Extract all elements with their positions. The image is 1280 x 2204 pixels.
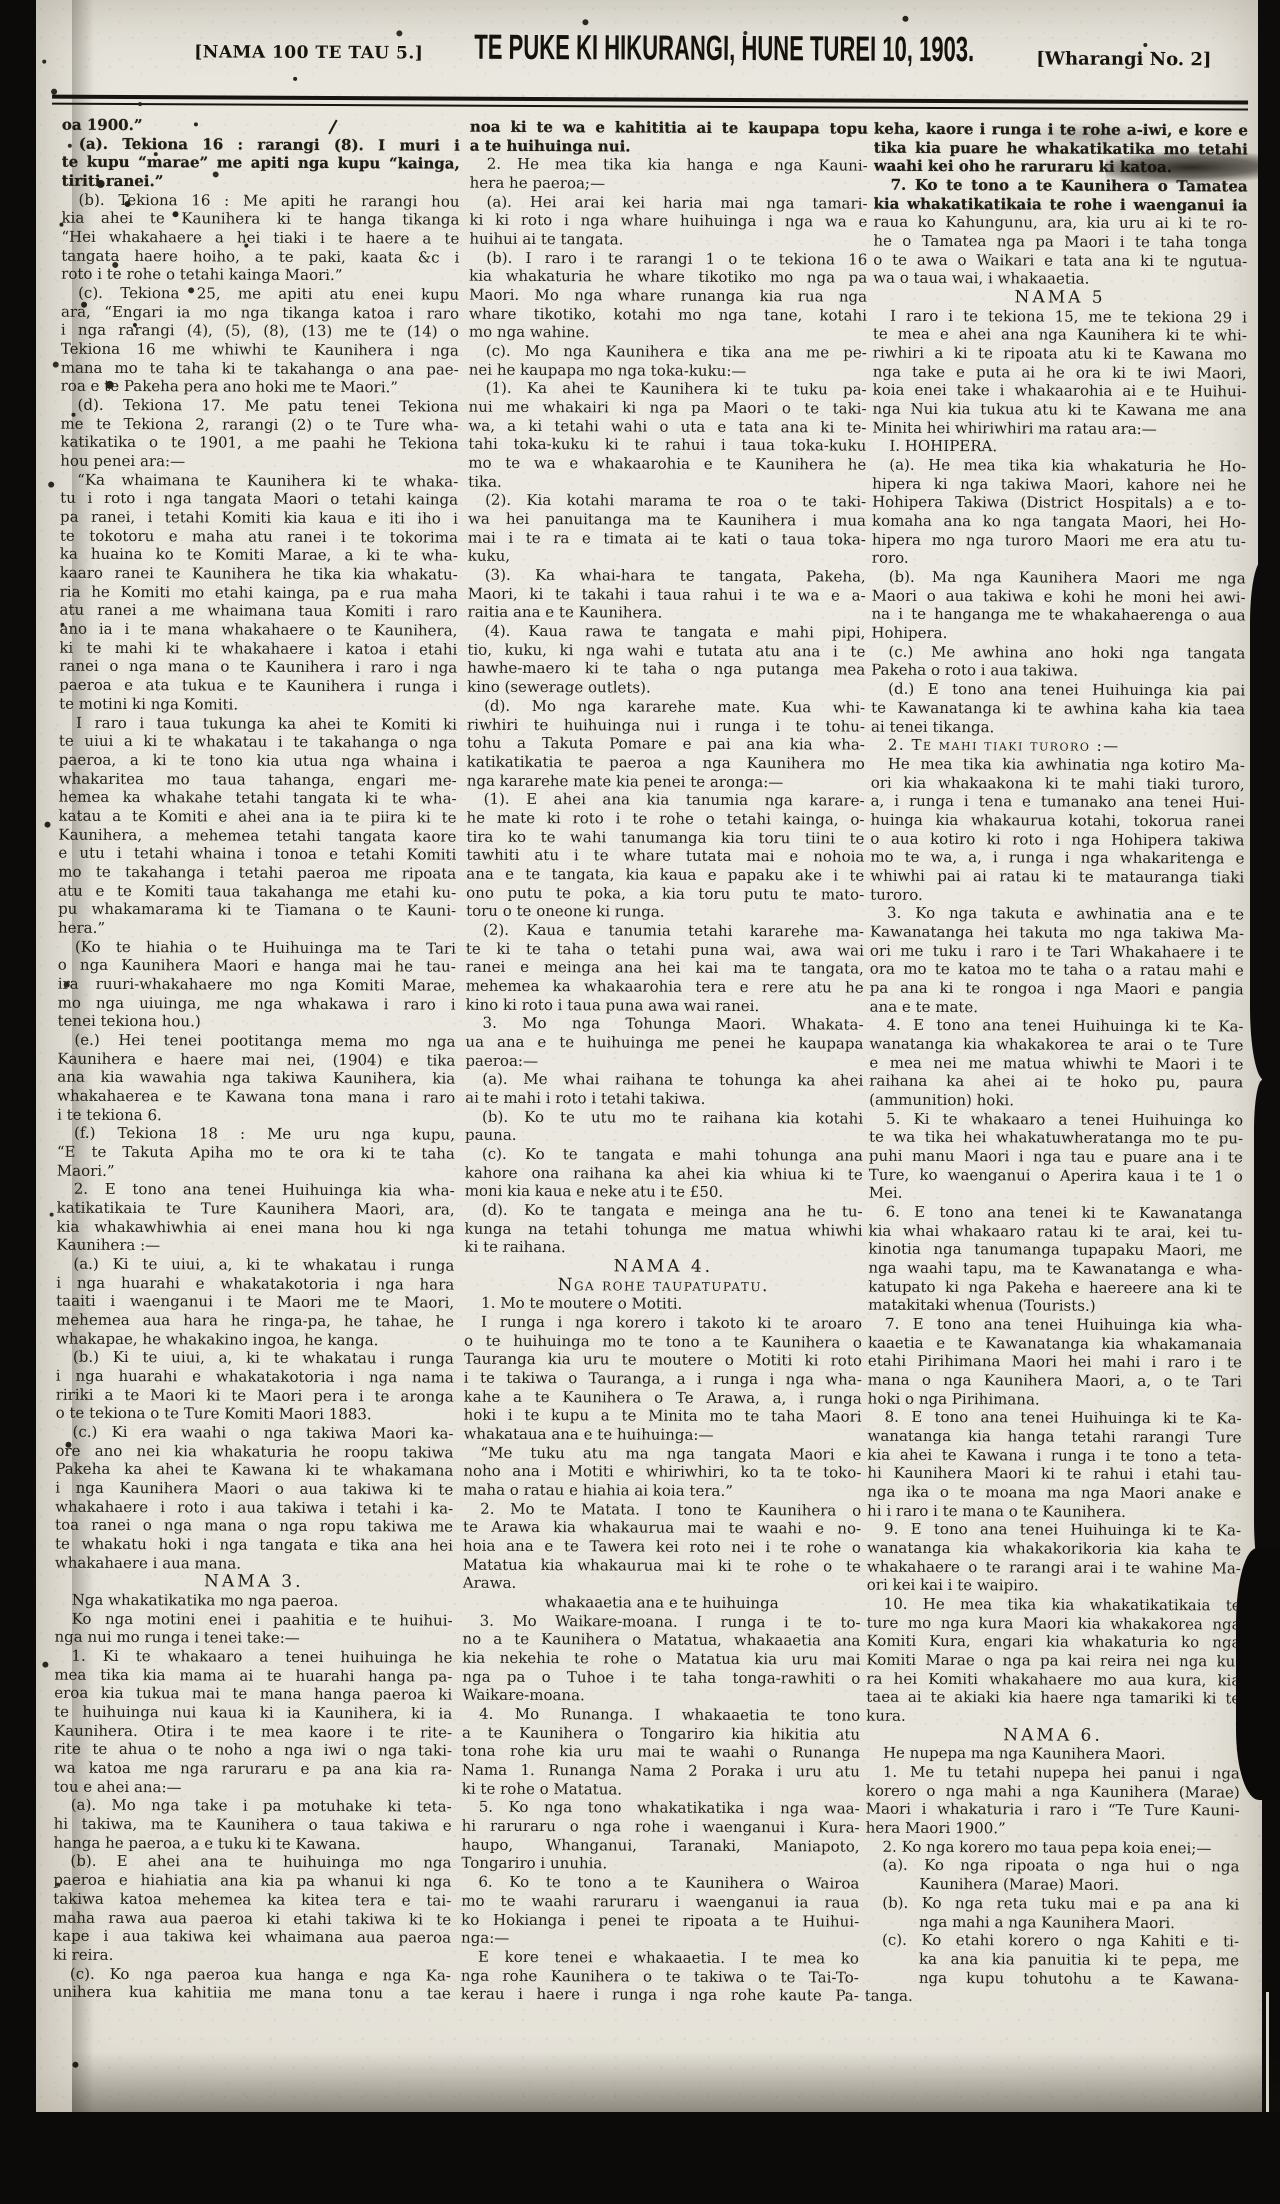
- text-line: hawhe-maero ki te taha o nga putanga mea: [467, 659, 865, 680]
- text-line: wanatanga kia hanga tetahi rarangi Ture: [867, 1427, 1241, 1447]
- text-line: tu i roto i nga tangata Maori o tetahi k…: [60, 489, 458, 510]
- text-line: hoki i te kupu a te Minita mo te taha Ma…: [464, 1406, 862, 1427]
- text-line: katikatika o te 1901, a me paahi he Teki…: [60, 433, 458, 454]
- text-line: 3. Mo nga Tohunga Maori. Whakata-: [465, 1014, 863, 1035]
- text-line: hera Maori 1900.”: [866, 1819, 1240, 1839]
- text-line: roro.: [872, 549, 1246, 569]
- text-line: Kaunihera :—: [56, 1236, 454, 1257]
- text-line: whakahaerea e te Kawana tona mana i raro: [57, 1087, 455, 1108]
- text-line: Tongariro i unuhia.: [461, 1854, 859, 1875]
- text-line: paeroa, a ki te tono kia utua nga whaina…: [59, 751, 457, 772]
- text-line: whakahaere o te rarangi arai i te wahine…: [867, 1557, 1241, 1577]
- text-line: 2. Mo te Matata. I tono te Kaunihera o: [463, 1499, 861, 1520]
- text-line: e utu i tetahi whaina i tonoa e tetahi K…: [58, 844, 456, 865]
- text-line: E kore tenei e whakaaetia. I te mea ko: [461, 1948, 859, 1969]
- text-line: ki reira.: [53, 1946, 451, 1967]
- text-line: hipera mo nga turoro Maori me era atu tu…: [872, 530, 1246, 550]
- text-line: tira ko te wahi tanumanga kia toru tiini…: [466, 827, 864, 848]
- text-line: 2. E tono ana tenei Huihuinga kia wha-: [57, 1180, 455, 1201]
- text-line: (b). I raro i te rarangi 1 o te tekiona …: [469, 248, 867, 269]
- text-line: ko Hokianga i penei te ripoata a te Huih…: [461, 1910, 859, 1931]
- text-line: kura.: [866, 1707, 1240, 1727]
- text-line: nga nui mo runga i tenei take:—: [54, 1628, 452, 1649]
- text-line: rite te ahua o te noho a nga iwi o nga t…: [54, 1740, 452, 1761]
- text-line: paeroa e ata tukua e te Kaunihera i rung…: [59, 676, 457, 697]
- text-line: (c). Ko te tangata e mahi tohunga ana: [465, 1145, 863, 1166]
- text-line: mana o nga Kaunihera Maori, a, o te Tari: [868, 1371, 1242, 1391]
- text-line: ore ano nei kia whakaturia he roopu taki…: [55, 1441, 453, 1462]
- text-line: Ko nga motini enei i paahitia e te huihu…: [55, 1609, 453, 1630]
- text-line: hera.”: [58, 919, 456, 940]
- text-line: Mei.: [869, 1184, 1243, 1204]
- text-line: no a te Kaunihera o Matatua, whakaaetia …: [462, 1630, 860, 1651]
- text-line: korero o nga mahi a nga Kaunihera (Marae…: [866, 1781, 1240, 1801]
- text-line: mehemea aua hara he ringa-pa, he tahae, …: [56, 1311, 454, 1332]
- text-line: ana e te tangata, kia kaua e papaku ake …: [466, 865, 864, 886]
- text-line: wanatanga kia whakakorikoria kia kaha te: [867, 1539, 1241, 1559]
- text-line: a, i runga i tena e tumanako ana tenei H…: [871, 792, 1245, 812]
- text-line: o nga Kaunihera Maori e hanga mai he tau…: [58, 956, 456, 977]
- text-line: moni kia kaua e neke atu i te £50.: [465, 1182, 863, 1203]
- text-line: mo te waahi raruraru i waenganui ia raua: [461, 1891, 859, 1912]
- text-line: katupato ki nga Pakeha e haereere ana ki…: [868, 1277, 1242, 1297]
- text-line: Nga rohe taupatupatu.: [464, 1275, 862, 1296]
- text-line: o te awa o Waikari e tata ana ki te ngut…: [873, 250, 1247, 270]
- text-line: i nga Kaunihera Maori o aua takiwa ki te: [55, 1479, 453, 1500]
- text-line: (f.) Tekiona 18 : Me uru nga kupu,: [57, 1124, 455, 1145]
- text-line: nga rohe Kaunihera o te takiwa o te Tai-…: [461, 1966, 859, 1987]
- text-line: kia whai whakaaro ratau ki te arai, kei …: [868, 1221, 1242, 1241]
- text-line: nga Nui kia tukua atu ki te Kawana me an…: [873, 400, 1247, 420]
- text-line: wa hei panuitanga ma te Kaunihera i mua: [468, 510, 866, 531]
- text-line: eroa kia tukua mai te mana hanga paeroa …: [54, 1684, 452, 1705]
- text-line: kia whakaturia he whare tikotiko mo nga …: [469, 267, 867, 288]
- text-line: He nupepa ma nga Kaunihera Maori.: [866, 1744, 1240, 1764]
- text-line: roa e te Pakeha pera ano hoki me te Maor…: [61, 377, 459, 398]
- masthead-issue-number: [NAMA 100 TE TAU 5.]: [194, 42, 423, 64]
- text-line: ori me tuku i raro i te Tari Whakahaere …: [870, 941, 1244, 961]
- text-line: Tekiona 16 me whiwhi te Kaunihera i nga: [61, 340, 459, 361]
- text-line: 1. Ki te whakaaro a tenei huihuinga he: [54, 1647, 452, 1668]
- text-line: mo te takahanga i tetahi paeroa me ripoa…: [58, 863, 456, 884]
- text-line: Kaunihera. Otira i te mea kaore i te rit…: [54, 1721, 452, 1742]
- text-line: (b). Ko te utu mo te raihana kia kotahi: [465, 1107, 863, 1128]
- text-line: tenei tekiona hou.): [58, 1012, 456, 1033]
- text-line: I runga i nga korero i takoto ki te aroa…: [464, 1313, 862, 1334]
- text-line: 8. E tono ana tenei Huihuinga ki te Ka-: [868, 1408, 1242, 1428]
- text-line: te mea e ahei ana nga Kaunihera ki te wh…: [873, 325, 1247, 345]
- text-line: wa katoa me nga raruraru e pa ana kia ra…: [54, 1759, 452, 1780]
- text-line: ranei o nga mana o te Kaunihera i raro i…: [59, 657, 457, 678]
- text-line: ra hei Komiti whakahaere mo aua kura, ki…: [866, 1669, 1240, 1689]
- text-line: paeroa:—: [465, 1051, 863, 1072]
- text-line: Maori, ki te takahi i taua rahui i te wa…: [468, 584, 866, 605]
- text-line: ira ruuri-whakahaere mo nga Komiti Marae…: [58, 975, 456, 996]
- text-line: (a). Mo nga take i pa motuhake ki teta-: [54, 1796, 452, 1817]
- text-line: nui me whakairi ki nga pa Maori o te tak…: [469, 398, 867, 419]
- text-line: i te takiwa o Tauranga, a i runga i nga …: [464, 1369, 862, 1390]
- text-line: huinga kia whakaurua kotahi, tokorua ran…: [870, 811, 1244, 831]
- text-line: tanga.: [865, 1987, 1239, 2007]
- text-line: kia nekehia te rohe o Matatua kia uru ma…: [462, 1649, 860, 1670]
- text-line: ori kei kai i te waipiro.: [867, 1576, 1241, 1596]
- masthead-title-text: TE PUKE KI HIKURANGI, HUNE TUREI 10, 190…: [474, 30, 974, 67]
- text-line: Kaunihera (Marae) Maori.: [865, 1875, 1239, 1895]
- text-line: ture mo nga kura Maori kia whakakorea ng…: [867, 1613, 1241, 1633]
- text-line: te uiui a ki te whakatau i te takahanga …: [59, 732, 457, 753]
- text-line: (c). Ko nga paeroa kua hanga e nga Ka-: [53, 1964, 451, 1985]
- text-line: te ki te taha o tetahi puna wai, awa wai: [466, 939, 864, 960]
- text-line: Maori. Mo nga whare runanga kia rua nga: [469, 286, 867, 307]
- text-line: tona rohe kia uru mai te waahi o Runanga: [462, 1742, 860, 1763]
- column-2: noa ki te wa e kahititia ai te kaupapa t…: [461, 118, 868, 2006]
- text-line: ua ana e te huihuinga me penei he kaupap…: [465, 1033, 863, 1054]
- text-line: wanatanga kia whakakorea te arai o te Tu…: [869, 1035, 1243, 1055]
- text-line: tawhiti atu i te whare tutata mai e noho…: [466, 846, 864, 867]
- text-line: riwhiri a ki te ripoata atu ki te Kawana…: [873, 344, 1247, 364]
- text-line: (a). Hei arai kei haria mai nga tamari-: [470, 192, 868, 213]
- text-line: (2). Kaua e tanumia tetahi kararehe ma-: [466, 921, 864, 942]
- text-line: whakahaere i roto i aua takiwa i tetahi …: [55, 1497, 453, 1518]
- text-line: te whakatu hoki i nga tangata e tika ana…: [55, 1535, 453, 1556]
- text-line: ano ia i te mana whakahaere o te Kaunihe…: [59, 620, 457, 641]
- text-line: taea ai te akiaki kia haere nga tamariki…: [866, 1688, 1240, 1708]
- text-line: te Kawanatanga ki te awhina kaha kia tae…: [871, 698, 1245, 718]
- text-line: 2. Te mahi tiaki turoro :—: [871, 736, 1245, 756]
- text-line: te tokotoru e maha atu ranei i te tokori…: [60, 526, 458, 547]
- text-line: (a). Ko nga ripoata o nga hui o nga: [865, 1856, 1239, 1876]
- text-line: “E te Takuta Apiha mo te ora ki te taha: [57, 1143, 455, 1164]
- text-line: whare tikotiko, kotahi mo nga tane, kota…: [469, 304, 867, 325]
- text-line: (Ko te hiahia o te Huihuinga ma te Tari: [58, 937, 456, 958]
- text-line: (b). Tekiona 16 : Me apiti he rarangi ho…: [62, 190, 460, 211]
- text-line: (1). Ka ahei te Kaunihera ki te tuku pa-: [469, 379, 867, 400]
- text-line: whakataua ana e te huihuinga:—: [463, 1425, 861, 1446]
- text-line: ora mo te katoa mo te taha o a ratau mah…: [870, 960, 1244, 980]
- text-line: atu e te Komiti taua takahanga me etahi …: [58, 881, 456, 902]
- text-line: whakaaetia ana e te huihuinga: [463, 1593, 861, 1614]
- text-line: Nga whakatikatika mo nga paeroa.: [55, 1591, 453, 1612]
- text-line: Matatua kia whakaurua mai ki te rohe o t…: [463, 1555, 861, 1576]
- text-line: (2). Kia kotahi marama te roa o te taki-: [468, 491, 866, 512]
- text-line: kia ahei te Kawana i runga i te tono a t…: [867, 1445, 1241, 1465]
- text-line: I raro i te tekiona 15, me te tekiona 29…: [873, 306, 1247, 326]
- text-line: “Me tuku atu ma nga tangata Maori e: [463, 1443, 861, 1464]
- text-line: ana e te mate.: [870, 997, 1244, 1017]
- text-line: Minita hei whiriwhiri ma ratau ara:—: [872, 418, 1246, 438]
- masthead-rule-thin: [52, 103, 1248, 111]
- text-line: “Ka whaimana te Kaunihera ki te whaka-: [60, 470, 458, 491]
- text-line: raua ko Kahungunu, ara, kia uru ai ki te…: [873, 213, 1247, 233]
- text-line: he mate ki roto i te rohe o tetahi kaing…: [466, 809, 864, 830]
- text-line: mana mo te taha ki te takahanga o ana pa…: [61, 358, 459, 379]
- text-line: Ture, ko waenganui o Aperira kaua i te 1…: [869, 1165, 1243, 1185]
- text-line: 6. Ko te tono a te Kaunihera o Wairoa: [461, 1873, 859, 1894]
- text-line: katikatikatia te paeroa a nga Kaunihera …: [467, 753, 865, 774]
- text-line: whakaritea mo taua tahanga, engari me-: [59, 769, 457, 790]
- text-line: kino (sewerage outlets).: [467, 678, 865, 699]
- text-line: (3). Ka whai-hara te tangata, Pakeha,: [468, 566, 866, 587]
- text-line: ki ki roto i nga whare huihuinga i nga w…: [469, 211, 867, 232]
- text-line: tou e ahei ana:—: [54, 1777, 452, 1798]
- text-line: o te huihuinga mo te tono a te Kaunihera…: [464, 1331, 862, 1352]
- text-line: a te huihuinga nui.: [470, 136, 868, 157]
- text-line: a te Kaunihera o Tongariro kia hikitia a…: [462, 1723, 860, 1744]
- text-line: Maori.”: [57, 1161, 455, 1182]
- text-line: pu whakamarama ki te Tiamana o te Kauni-: [58, 900, 456, 921]
- scanned-newspaper-page: [NAMA 100 TE TAU 5.] TE PUKE KI HIKURANG…: [0, 0, 1280, 2204]
- text-line: 9. E tono ana tenei Huihuinga ki te Ka-: [867, 1520, 1241, 1540]
- text-line: hi Kaunihera Maori ki te rahui i etahi t…: [867, 1464, 1241, 1484]
- text-line: Hohipera.: [871, 624, 1245, 644]
- bottom-edge-shadow: [72, 2052, 1280, 2112]
- text-line: hera he paeroa;—: [470, 174, 868, 195]
- text-line: kerau i haere i runga i nga rohe kaute P…: [461, 1985, 859, 2006]
- text-line: huihui ai te tangata.: [469, 230, 867, 251]
- text-line: hemea ka whakahe tetahi tangata ki te wh…: [59, 788, 457, 809]
- text-line: toa ranei o nga mana o nga ropu takiwa m…: [55, 1516, 453, 1537]
- text-line: kape i aua takiwa kei whaimana aua paero…: [53, 1927, 451, 1948]
- text-line: ririki a te Maori ki te Maori pera i te …: [56, 1385, 454, 1406]
- ink-smudge-icon: [1106, 150, 1280, 184]
- scan-edge-artifact: [1258, 0, 1280, 580]
- text-line: ka ana kia panuitia ki te pepa, me: [865, 1949, 1239, 1969]
- text-line: (c). Mo nga Kaunihera e tika ana me pe-: [469, 342, 867, 363]
- text-line: (1). E ahei ana kia tanumia nga karare-: [467, 790, 865, 811]
- text-line: Maori o aua takiwa e kohi he moni hei aw…: [872, 586, 1246, 606]
- text-line: mea tika kia mama ai te huarahi hanga pa…: [54, 1665, 452, 1686]
- text-line: i nga huarahi e whakatakotoria i nga har…: [56, 1273, 454, 1294]
- text-line: kahe a te Kaunihera o Te Arawa, a, i run…: [464, 1387, 862, 1408]
- text-line: mo nga wahine.: [469, 323, 867, 344]
- text-line: takiwa katoa mehemea ka kitea tera e tai…: [53, 1889, 451, 1910]
- text-line: hipera ki nga takiwa Maori, kahore nei h…: [872, 474, 1246, 494]
- text-line: mo te wa, a, i runga i nga whakaritenga …: [870, 848, 1244, 868]
- text-line: Komiti Marae o nga pa kai reira nei nga …: [866, 1651, 1240, 1671]
- text-line: 1. Me tu tetahi nupepa hei panui i nga: [866, 1763, 1240, 1783]
- text-line: o te tekiona o te Ture Komiti Maori 1883…: [56, 1404, 454, 1425]
- text-line: 3. Mo Waikare-moana. I runga i te to-: [463, 1611, 861, 1632]
- page-content: [NAMA 100 TE TAU 5.] TE PUKE KI HIKURANG…: [26, 0, 1262, 2118]
- text-line: 2. He mea tika kia hanga e nga Kauni-: [470, 155, 868, 176]
- text-line: ana kia wawahia nga takiwa Kaunihera, ki…: [57, 1068, 455, 1089]
- text-line: roto i te rohe o tetahi kainga Maori.”: [61, 265, 459, 286]
- text-line: 5. Ki te whakaaro a tenei Huihuinga ko: [869, 1109, 1243, 1129]
- text-line: raihana ka ahei ai te hoko pu, paura: [869, 1072, 1243, 1092]
- text-line: nga kupu tohutohu a te Kawana-: [865, 1968, 1239, 1988]
- text-line: hi i raro i te mana o te Kaunihera.: [867, 1501, 1241, 1521]
- text-line: na i te hanganga me te whakahaerenga o a…: [871, 605, 1245, 625]
- text-line: hou penei ara:—: [60, 452, 458, 473]
- text-line: pa ranei, i tetahi Komiti kia kaua e iti…: [60, 508, 458, 529]
- text-line: hi takiwa, ma te Kaunihera o taua takiwa…: [54, 1815, 452, 1836]
- text-line: kia whakatikatikaia te rohe i waenganui …: [874, 194, 1248, 214]
- text-line: ki te mahi ki te whakahaere i katoa i et…: [59, 638, 457, 659]
- text-line: kaaetia e te Kawanatanga kia whakamanaia: [868, 1333, 1242, 1353]
- text-line: nga waahi tapu, ma te Kawanatanga e wha-: [868, 1259, 1242, 1279]
- text-line: 4. E tono ana tenei Huihuinga ki te Ka-: [869, 1016, 1243, 1036]
- text-line: toru o te oneone ki runga.: [466, 902, 864, 923]
- text-line: pa ana ki te rongoa i nga Maori e pangia: [870, 979, 1244, 999]
- text-line: (b). E ahei ana te huihuinga mo nga: [53, 1852, 451, 1873]
- text-line: kia whakawhiwhia ai enei mana hou ki nga: [56, 1217, 454, 1238]
- text-line: noa ki te wa e kahititia ai te kaupapa t…: [470, 118, 868, 139]
- text-line: riwhiri te huihuinga nui i runga i te to…: [467, 715, 865, 736]
- text-line: nga kararehe mate kia penei te aronga:—: [467, 771, 865, 792]
- scan-edge-artifact: [1250, 560, 1280, 1080]
- text-line: ori kia whakaakona ki te mahi tiaki turo…: [871, 773, 1245, 793]
- text-line: ara, “Engari ia mo nga tikanga katoa i r…: [61, 302, 459, 323]
- text-line: koia enei take i whakaarohia ai e te Hui…: [873, 381, 1247, 401]
- scan-edge-artifact: [1236, 1548, 1280, 1800]
- text-line: maha o ratau e hiahia ai koia tera.”: [463, 1481, 861, 1502]
- text-line: Tauranga kia uru te moutere o Motiti ki …: [464, 1350, 862, 1371]
- text-line: Kaunihera, a mehemea tetahi tangata kaor…: [58, 825, 456, 846]
- text-line: tika.: [468, 472, 866, 493]
- text-line: (4). Kaua rawa te tangata e mahi pipi,: [467, 622, 865, 643]
- text-line: I raro i taua tukunga ka ahei te Komiti …: [59, 713, 457, 734]
- text-line: wa o taua wai, i whakaaetia.: [873, 269, 1247, 289]
- text-line: ono putu te poka, a kia toru putu te mat…: [466, 883, 864, 904]
- text-line: i nga huarahi e whakatakotoria i nga nam…: [56, 1367, 454, 1388]
- text-line: te motini ki nga Komiti.: [59, 695, 457, 716]
- text-line: NAMA 3.: [55, 1572, 453, 1593]
- text-line: (d.) E tono ana tenei Huihuinga kia pai: [871, 680, 1245, 700]
- text-line: Kawanatanga hei takuta mo nga takiwa Ma-: [870, 923, 1244, 943]
- left-edge-shadow: [72, 0, 94, 2112]
- text-line: (b). Ma nga Kaunihera Maori me nga: [872, 568, 1246, 588]
- text-line: 1. Mo te moutere o Motiti.: [464, 1294, 862, 1315]
- text-line: nga take e puta ai he ora ki te iwi Maor…: [873, 362, 1247, 382]
- text-line: (d). Mo nga kararehe mate. Kua whi-: [467, 697, 865, 718]
- text-line: kino ki roto i taua puna awa wai ranei.: [466, 995, 864, 1016]
- text-line: 6. E tono ana tenei ki te Kawanatanga: [869, 1203, 1243, 1223]
- text-line: Pakeha o roto i aua takiwa.: [871, 661, 1245, 681]
- text-line: Maori i whakaturia i raro i “Te Ture Kau…: [866, 1800, 1240, 1820]
- text-line: katau a te Komiti e ahei ana ia te piira…: [59, 807, 457, 828]
- text-line: (ammunition) hoki.: [869, 1091, 1243, 1111]
- column-3: keha, kaore i runga i te rohe a-iwi, e k…: [865, 120, 1248, 2008]
- text-line: He mea tika kia awhinatia nga kotiro Ma-: [871, 754, 1245, 774]
- text-line: hanga he paeroa, a e tuku ki te Kawana.: [53, 1833, 451, 1854]
- text-line: (b.) Ki te uiui, a, ki te whakatau i run…: [56, 1348, 454, 1369]
- text-line: mehemea ka whakaarohia tera e rere atu h…: [466, 977, 864, 998]
- text-line: Hohipera Takiwa (District Hospitals) a e…: [872, 493, 1246, 513]
- text-line: 3. Ko nga takuta e awhinatia ana e te: [870, 904, 1244, 924]
- text-line: oa 1900.”: [62, 116, 460, 137]
- text-line: (a). Me whai raihana te tohunga ka ahei: [465, 1070, 863, 1091]
- text-line: (c). Ko etahi korero o nga Kahiti e ti-: [865, 1931, 1239, 1951]
- text-line: nga pa o Tuhoe i te taha tonga-rawhiti o: [462, 1667, 860, 1688]
- column-1: oa 1900.”(a). Tekiona 16 : rarangi (8). …: [53, 116, 460, 2004]
- text-line: i nga rarangi (4), (5), (8), (13) me te …: [61, 321, 459, 342]
- text-line: te Arawa kia whakaurua mai te waahi e no…: [463, 1518, 861, 1539]
- scan-edge-sliver: [1266, 1992, 1269, 2112]
- text-line: tangata haere hoiho, a te paki, kaata &c…: [61, 246, 459, 267]
- text-line: te huihuinga nui kaua ki ia Kaunihera, k…: [54, 1703, 452, 1724]
- ink-smudge-icon: [1026, 122, 1156, 149]
- text-line: kuku,: [468, 547, 866, 568]
- text-line: ki te rohe o Matatua.: [462, 1779, 860, 1800]
- text-line: turoro.: [870, 885, 1244, 905]
- text-line: I. HOHIPERA.: [872, 437, 1246, 457]
- text-line: etahi Pirihimana Maori hei mahi i raro i…: [868, 1352, 1242, 1372]
- scan-edge-artifact: [1254, 1080, 1280, 1580]
- text-line: 10. He mea tika kia whakatikatikaia te: [867, 1595, 1241, 1615]
- text-line: whiwhi pai ai ratau ki te matauranga tia…: [870, 867, 1244, 887]
- text-line: nga:—: [461, 1929, 859, 1950]
- text-line: mo nga uiuinga, me nga whakawa i raro i: [58, 993, 456, 1014]
- text-line: Arawa.: [463, 1574, 861, 1595]
- text-line: o aua kotiro ki roto i nga Hohipera taki…: [870, 829, 1244, 849]
- text-line: wa, a ki tetahi wahi o uta e tata ana ki…: [468, 416, 866, 437]
- text-line: Kaunihera e haere mai nei, (1904) e tika: [57, 1049, 455, 1070]
- text-line: Nama 1. Runanga Nama 2 Poraka i uru atu: [462, 1761, 860, 1782]
- text-line: katikatikaia te Ture Kaunihera Maori, ar…: [57, 1199, 455, 1220]
- text-line: pauna.: [465, 1126, 863, 1147]
- text-line: Pakeha ka ahei te Kawana ki te whakamana: [55, 1460, 453, 1481]
- text-line: Komiti Kura, engari kia whakaturia ko ng…: [866, 1632, 1240, 1652]
- text-line: (d). Tekiona 17. Me patu tenei Tekiona: [61, 396, 459, 417]
- text-line: hoia ana e te Tawera kei roto nei i te r…: [463, 1537, 861, 1558]
- text-line: te kupu “marae” me apiti nga kupu “kaing…: [62, 153, 460, 174]
- text-line: ai tenei tikanga.: [871, 717, 1245, 737]
- text-line: (c.) Me awhina ano hoki nga tangata: [871, 642, 1245, 662]
- text-line: NAMA 6.: [866, 1725, 1240, 1745]
- columns: oa 1900.”(a). Tekiona 16 : rarangi (8). …: [37, 0, 1263, 6]
- text-line: paeroa e hiahiatia ana kia pa whanui ki …: [53, 1871, 451, 1892]
- text-line: hoki o nga Pirihimana.: [868, 1389, 1242, 1409]
- scan-speckle-noise-icon: [42, 60, 46, 64]
- text-line: “Hei whakahaere a hei tiaki i te haere a…: [61, 228, 459, 249]
- text-line: te wa tika hei whakatuwheratanga mo te p…: [869, 1128, 1243, 1148]
- text-line: NAMA 4.: [464, 1257, 862, 1278]
- text-line: (a). Tekiona 16 : rarangi (8). I muri i: [62, 134, 460, 155]
- text-line: whakapae, he whakakino ingoa, he kanga.: [56, 1329, 454, 1350]
- text-line: (a). He mea tika kia whakaturia he Ho-: [872, 456, 1246, 476]
- text-line: Waikare-moana.: [462, 1686, 860, 1707]
- text-line: tio, kuku, ki nga wahi e tutata atu ana …: [467, 640, 865, 661]
- text-line: kahore ona raihana ka ahei kia whiua ki …: [465, 1163, 863, 1184]
- text-line: nga mahi a nga Kaunihera Maori.: [865, 1912, 1239, 1932]
- text-line: kaaro ranei te Kaunihera he tika kia wha…: [60, 564, 458, 585]
- text-line: whakahaere i aua mana.: [55, 1553, 453, 1574]
- text-line: haupo, Whanganui, Taranaki, Maniapoto,: [461, 1835, 859, 1856]
- text-line: (a.) Ki te uiui, a, ki te whakatau i run…: [56, 1255, 454, 1276]
- text-line: (c.) Ki era waahi o nga takiwa Maori ka-: [55, 1423, 453, 1444]
- text-line: he o Tamatea nga pa Maori i te taha tong…: [873, 232, 1247, 252]
- text-line: 5. Ko nga tono whakatikatika i nga waa-: [462, 1798, 860, 1819]
- masthead-page-number: [Wharangi No. 2]: [1036, 48, 1211, 70]
- text-line: (d). Ko te tangata e meinga ana he tu-: [465, 1201, 863, 1222]
- text-line: raitia ana e te Kaunihera.: [468, 603, 866, 624]
- text-line: taaiti i waenganui i te Maori me te Maor…: [56, 1292, 454, 1313]
- text-line: (b). Ko nga reta tuku mai e pa ana ki: [865, 1893, 1239, 1913]
- text-line: tahi toka-kuku ki te rahui i taua toka-k…: [468, 435, 866, 456]
- text-line: 4. Mo Runanga. I whakaaetia te tono: [462, 1705, 860, 1726]
- text-line: atu ranei a me whaimana taua Komiti i ra…: [60, 601, 458, 622]
- text-line: kunga na tetahi tohunga me matua whiwhi: [464, 1219, 862, 1240]
- text-line: 7. E tono ana tenei Huihuinga kia wha-: [868, 1315, 1242, 1335]
- text-line: hi raruraru o nga rohe i waenganui i Kur…: [462, 1817, 860, 1838]
- text-line: NAMA 5: [873, 288, 1247, 308]
- text-line: ai te mahi i roto i tetahi takiwa.: [465, 1089, 863, 1110]
- text-line: me te Tekiona 2, rarangi (2) o te Ture w…: [60, 414, 458, 435]
- text-line: nei he kaupapa mo nga toka-kuku:—: [469, 360, 867, 381]
- text-line: nga ika o te moana ma nga Maori anake e: [867, 1483, 1241, 1503]
- text-line: ria he Komiti mo etahi kainga, pa e rua …: [60, 582, 458, 603]
- text-line: tohu a Takuta Pomare e pai ana kia wha-: [467, 734, 865, 755]
